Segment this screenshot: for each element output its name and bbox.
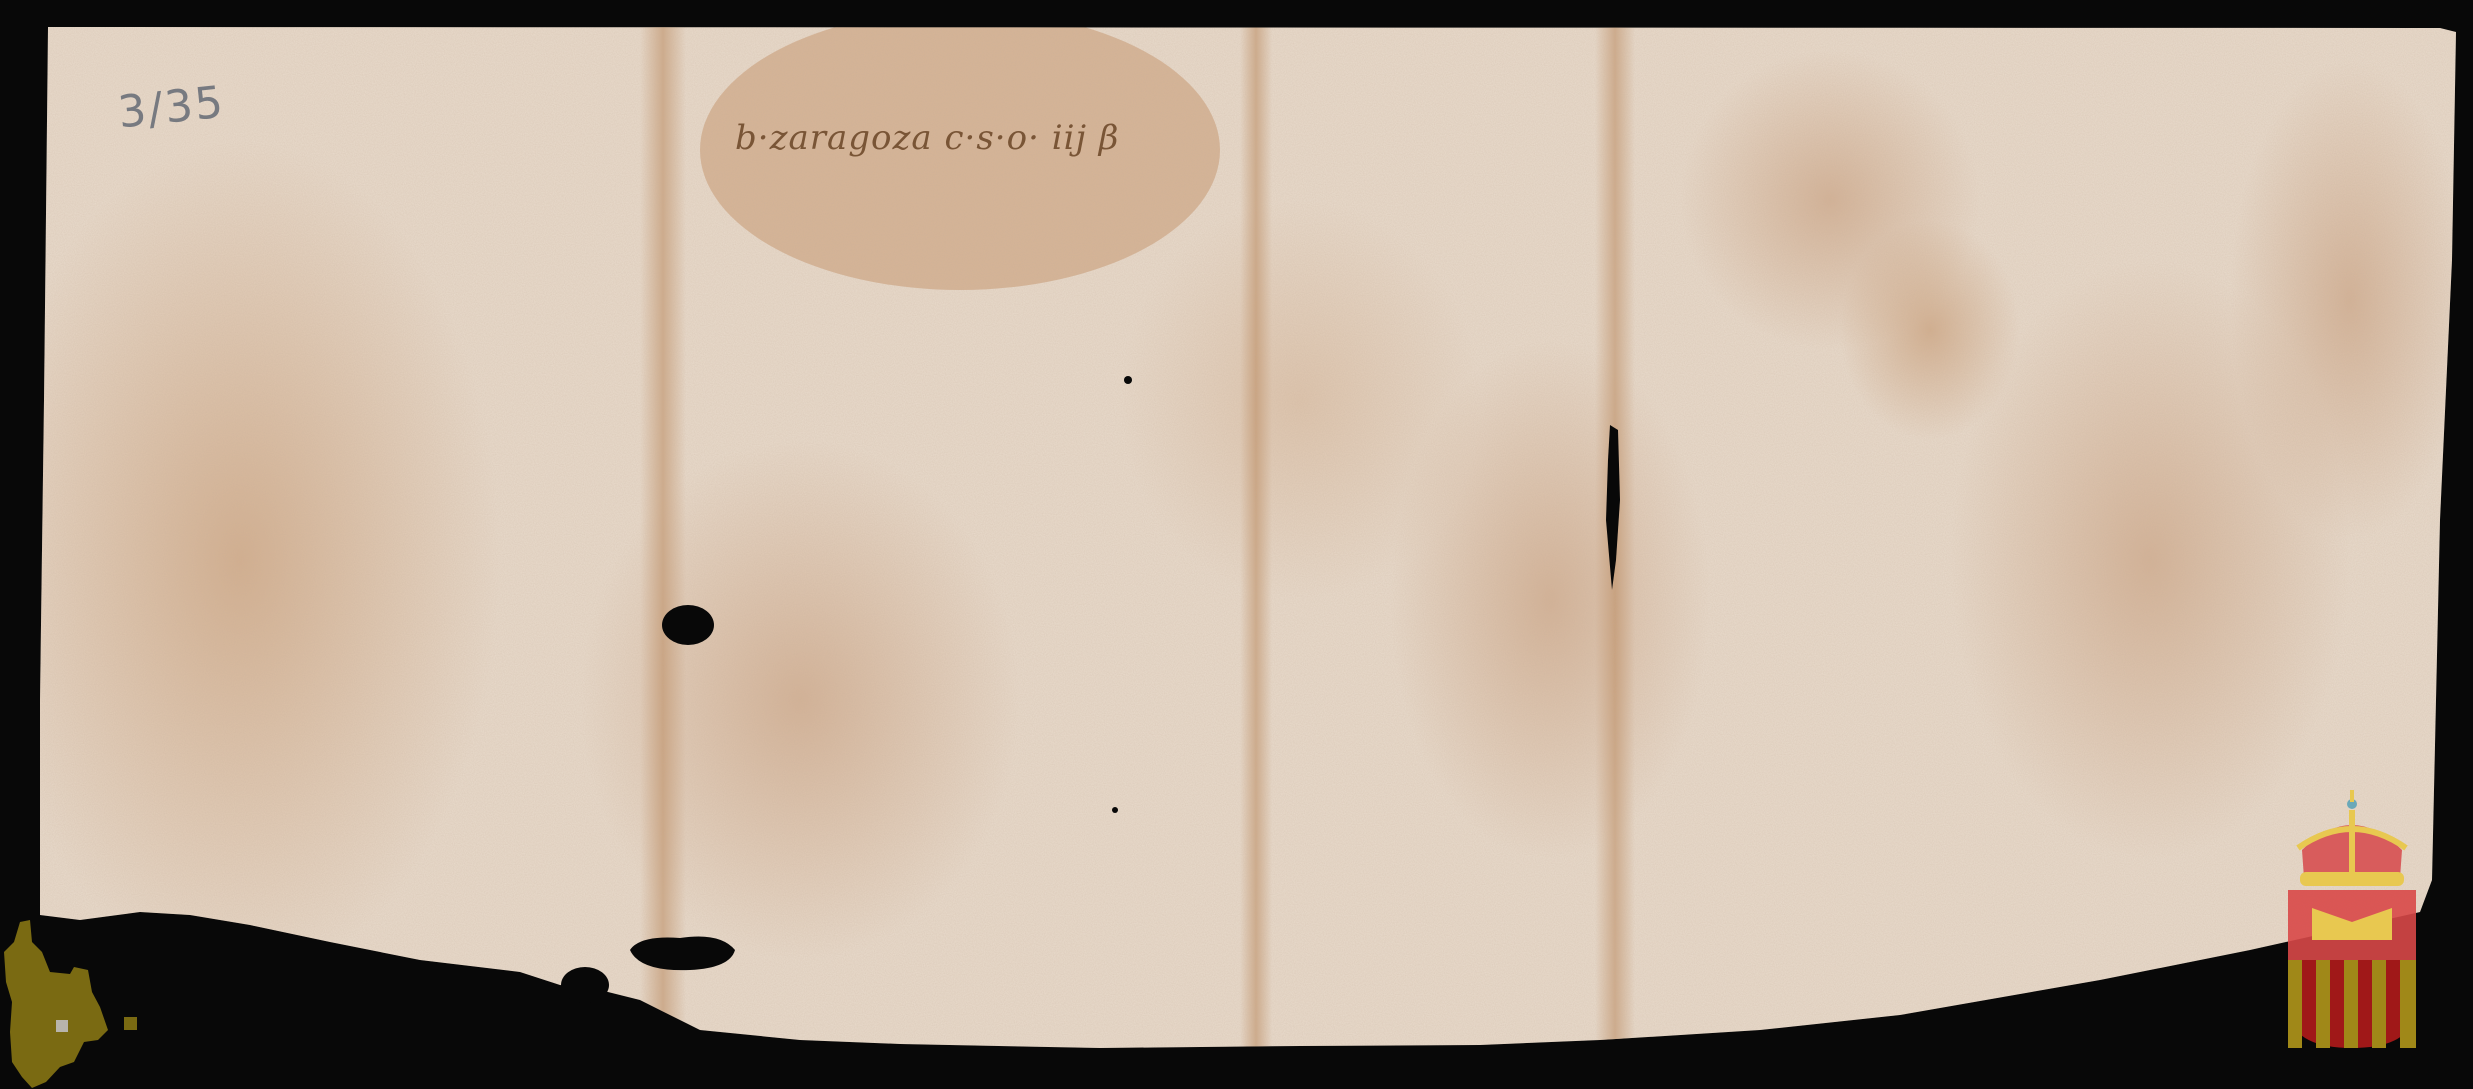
document-viewer: 3/35 b·zaragoza c·s·o· iij β xyxy=(0,0,2473,1089)
coat-of-arms-icon xyxy=(2282,790,2422,1050)
parchment-sheet xyxy=(0,0,2473,1089)
archive-logo-icon xyxy=(0,912,150,1089)
ink-endorsement: b·zaragoza c·s·o· iij β xyxy=(735,118,1119,158)
